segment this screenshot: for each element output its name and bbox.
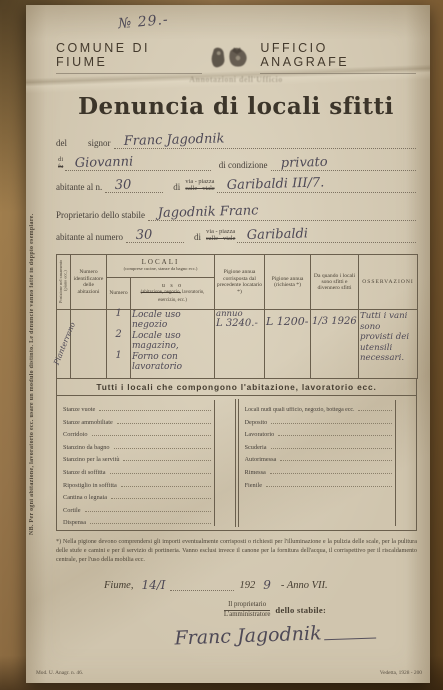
signature-flourish-line: [324, 638, 376, 641]
value-box: [395, 400, 416, 413]
document-header: COMUNE DI FIUME UFFICIO ANAGRAFE: [56, 41, 416, 74]
handwritten-year-digit: 9: [263, 578, 271, 592]
label-via-piazza: via - piazza: [185, 178, 214, 185]
ufficio-name: UFFICIO ANAGRAFE: [260, 41, 416, 74]
street-type-choice-2: via - piazza calle - viale: [204, 228, 237, 243]
footnote: *) Nella pigione devono comprendersi gli…: [56, 538, 417, 565]
label-abitante-n: abitante al n.: [56, 182, 105, 193]
label-signor: signor: [88, 138, 114, 149]
document-sheet: № 29.- COMUNE DI FIUME UFFICIO ANAGRAFE …: [26, 5, 430, 683]
label-fu: fu: [58, 163, 63, 170]
locali-table: Posizione nel casamento (piano ecc.) Num…: [56, 254, 418, 379]
checklist-left-column: Stanze vuote Stanze ammobiliate Corridoi…: [57, 399, 236, 527]
list-item: Stanzino da bagno: [63, 438, 235, 451]
value-box: [214, 413, 235, 426]
value-box: [395, 463, 416, 476]
label-calle-viale: calle - viale: [185, 185, 214, 192]
handwritten-signature: Franc Jagodnik: [170, 621, 381, 650]
list-item: Scuderia: [245, 438, 417, 451]
uso-3: Forno con lavoratorio: [132, 353, 213, 374]
value-box: [214, 400, 235, 413]
cell-pigione-precedente: annuo L 3240.-: [215, 310, 265, 379]
list-item: Stanzino per la servitù: [63, 451, 235, 464]
numero-3: 1: [108, 353, 129, 374]
value-box: [395, 489, 416, 502]
handwritten-day: 14/I: [141, 578, 165, 592]
field-condizione: privato: [271, 156, 417, 171]
pigione-precedente-importo: L 3240.-: [216, 318, 263, 329]
field-abitante-n: 30: [105, 178, 163, 193]
value-box: [214, 514, 235, 527]
value-box: [214, 489, 235, 502]
section-banner: Tutti i locali che compongono l'abitazio…: [56, 379, 417, 396]
list-item: Stanze di soffitta: [63, 463, 235, 476]
rooms-checklist: Stanze vuote Stanze ammobiliate Corridoi…: [56, 396, 417, 531]
handwritten-file-number: № 29.-: [117, 12, 169, 32]
field-signor: Franc Jagodnik: [114, 134, 417, 149]
label-abitante-num: abitante al numero: [56, 232, 126, 243]
value-box: [214, 501, 235, 514]
label-dello-stabile: dello stabile:: [275, 605, 326, 615]
cell-numeri: 1 2 1: [107, 310, 131, 379]
declarant-form: del signor Franc Jagodnik di fu Giovanni…: [56, 134, 416, 243]
form-line-paternita: di fu Giovanni di condizione privato: [56, 156, 416, 171]
header-locali: LOCALI (comprese cucine, stanze da bagno…: [107, 255, 215, 278]
field-abitante-num: 30: [126, 228, 184, 243]
header-pigione-richiesta: Pigione annua (richiesta *): [265, 255, 311, 310]
value-box: [214, 476, 235, 489]
value-box: [395, 501, 416, 514]
value-box: [214, 438, 235, 451]
bleedthrough-annotazioni-text: Annotazioni dell'Ufficio: [56, 75, 416, 84]
uso-1: Locale uso negozio: [132, 311, 213, 332]
list-item-empty: [245, 489, 417, 502]
date-line: Fiume, 14/I 192 9 - Anno VII.: [56, 578, 416, 591]
field-street-2: Garibaldi: [237, 228, 416, 243]
signer-role-choice: Il proprietario L'amministratore: [224, 601, 271, 618]
document-title: Denuncia di locali sfitti: [56, 93, 416, 120]
list-item: Autorimessa: [245, 451, 417, 464]
year-printed: 192: [240, 580, 256, 591]
header-posizione: Posizione nel casamento (piano ecc.): [57, 255, 71, 310]
header-pigione-precedente: Pigione annua corrisposta dal precedente…: [215, 255, 265, 310]
value-box: [395, 514, 416, 527]
value-box: [214, 426, 235, 439]
value-box: [214, 451, 235, 464]
value-paternita: Giovanni: [75, 154, 134, 171]
header-numero: Numero: [107, 277, 131, 310]
value-box: [395, 438, 416, 451]
field-street: Garibaldi III/7.: [217, 178, 416, 193]
label-di2: di: [173, 182, 183, 193]
di-fu-choice: di fu: [56, 156, 65, 171]
locali-title: LOCALI: [142, 258, 180, 266]
form-line-proprietario: Proprietario dello stabile Jagodnik Fran…: [56, 206, 416, 221]
list-item-empty: [245, 501, 417, 514]
value-box: [395, 476, 416, 489]
list-item: Locali nudi quali ufficio, negozio, bott…: [245, 400, 417, 413]
header-numero-identificatore: Numero identificatore delle abitazioni: [71, 255, 107, 310]
list-item: Corridoio: [63, 426, 235, 439]
cell-usi: Locale uso negozio Locale uso magazino, …: [131, 310, 215, 379]
label-proprietario: Proprietario dello stabile: [56, 210, 148, 221]
print-footer: Mod. U. Anagr. n. 46. Vedetta, 1928 - 20…: [36, 670, 422, 676]
value-box: [214, 463, 235, 476]
label-proprietario-sig: Il proprietario: [224, 601, 271, 611]
date-dotted-line: [170, 580, 234, 591]
value-condizione: privato: [280, 155, 327, 171]
label-amministratore-sig: L'amministratore: [224, 611, 271, 618]
label-calle-viale-2: calle - viale: [206, 235, 235, 242]
header-da-quando-sfitti: Da quando i locali sono sfitti e divenne…: [311, 255, 359, 310]
field-proprietario: Jagodnik Franc: [148, 206, 416, 221]
label-di: di: [58, 156, 63, 163]
field-paternita: Giovanni: [65, 156, 211, 171]
checklist-right-column: Locali nudi quali ufficio, negozio, bott…: [238, 399, 417, 527]
value-box: [395, 413, 416, 426]
form-model-number: Mod. U. Anagr. n. 46.: [36, 670, 83, 676]
value-street: Garibaldi III/7.: [226, 175, 324, 193]
list-item: Cantina o legnaia: [63, 489, 235, 502]
value-proprietario: Jagodnik Franc: [158, 203, 259, 221]
list-item: Ripostiglio in soffitta: [63, 476, 235, 489]
value-abitante-n: 30: [115, 178, 132, 193]
uso-title: u s o: [162, 283, 183, 289]
form-line-signor: del signor Franc Jagodnik: [56, 134, 416, 149]
locali-subtitle: (comprese cucine, stanze da bagno ecc.): [124, 266, 198, 271]
label-condizione: di condizione: [219, 160, 271, 171]
cell-osservazioni: Tutti i vani sono provisti dei utensili …: [359, 310, 418, 379]
value-box: [395, 426, 416, 439]
comune-name: COMUNE DI FIUME: [56, 41, 202, 74]
printer-mark: Vedetta, 1928 - 200: [380, 670, 422, 676]
list-item: Stanze vuote: [63, 400, 235, 413]
city-label: Fiume,: [104, 580, 133, 591]
list-item-empty: [245, 514, 417, 527]
value-signor: Franc Jagodnik: [123, 131, 224, 149]
signature-block: Il proprietario L'amministratore dello s…: [170, 601, 380, 646]
cell-pigione-richiesta: L 1200-: [265, 310, 311, 379]
value-box: [395, 451, 416, 464]
label-del: del: [56, 138, 70, 149]
value-abitante-num: 30: [136, 228, 153, 243]
cell-numero-identificatore: [71, 310, 107, 379]
anno-fascista-label: - Anno VII.: [281, 580, 328, 591]
margin-instruction-note: NB. Per ogni abitazione, lavoratorio ecc…: [29, 117, 35, 535]
uso-struck-options: (abitazione, negozio,: [141, 290, 181, 295]
value-street-2: Garibaldi: [247, 226, 309, 243]
list-item: Rimessa: [245, 463, 417, 476]
form-line-abitante: abitante al n. 30 di via - piazza calle …: [56, 178, 416, 193]
street-type-choice: via - piazza calle - viale: [183, 178, 216, 193]
header-osservazioni: OSSERVAZIONI: [359, 255, 418, 310]
label-di3: di: [194, 232, 204, 243]
list-item: Dispensa: [63, 514, 235, 527]
list-item: Deposito: [245, 413, 417, 426]
photo-background: № 29.- COMUNE DI FIUME UFFICIO ANAGRAFE …: [0, 0, 443, 690]
list-item: Cortile: [63, 501, 235, 514]
label-via-piazza-2: via - piazza: [206, 228, 235, 235]
cell-posizione: Pianterreno: [57, 310, 71, 379]
header-uso: u s o (abitazione, negozio, lavoratorio,…: [131, 277, 215, 310]
list-item: Fienile: [245, 476, 417, 489]
fiume-coat-of-arms-icon: [211, 45, 251, 71]
list-item: Stanze ammobiliate: [63, 413, 235, 426]
uso-2: Locale uso magazino,: [132, 332, 213, 353]
list-item: Lavoratorio: [245, 426, 417, 439]
cell-da-quando: 1/3 1926: [311, 310, 359, 379]
form-line-abitante-proprietario: abitante al numero 30 di via - piazza ca…: [56, 228, 416, 243]
